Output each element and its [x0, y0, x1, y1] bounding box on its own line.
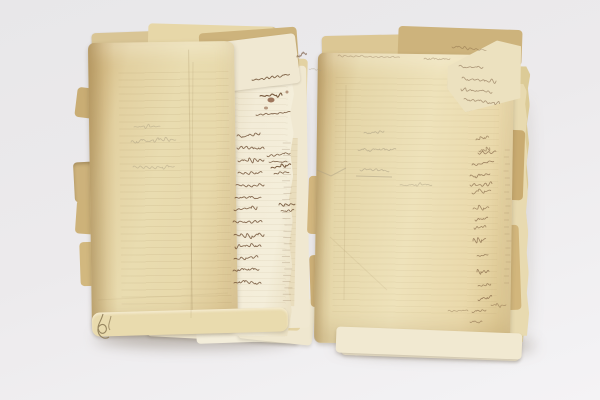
pencil-inscription-stroke [133, 165, 174, 169]
ink-handwriting-stroke [470, 182, 492, 188]
ink-handwriting-stroke [269, 160, 287, 164]
protruding-bottom-sheet [352, 320, 473, 355]
crumpled-top-corner [211, 33, 300, 93]
stacked-sheet-edge [244, 57, 308, 330]
fold-flap [309, 255, 323, 307]
cover-sheet [88, 41, 238, 333]
ink-handwriting-stroke [478, 150, 496, 155]
ink-handwriting-stroke [271, 163, 291, 170]
pencil-underline [356, 176, 392, 177]
ink-handwriting-stroke [237, 133, 260, 138]
crumpled-top-sheet [199, 27, 300, 78]
ruled-fore-edge [279, 138, 298, 306]
cover-sheet [314, 53, 514, 346]
pencil-inscription-stroke [364, 131, 384, 134]
ink-handwriting-stroke [267, 152, 290, 157]
ink-handwriting-stroke [475, 217, 488, 221]
ink-handwriting-stroke [461, 87, 492, 94]
ink-handwriting-stroke [459, 64, 483, 70]
cover-bottom-curl [92, 307, 289, 336]
ink-handwriting-stroke [296, 51, 307, 57]
torn-edge-fragment [503, 130, 525, 201]
protruding-bottom-sheet [341, 311, 520, 361]
fold-flap [73, 162, 95, 203]
left-bundle-shadow [95, 328, 295, 348]
ink-handwriting-stroke [338, 55, 400, 58]
ink-handwriting-stroke [234, 255, 258, 260]
crumpled-top-sheet [322, 32, 519, 70]
pencil-inscription-stroke [309, 68, 321, 70]
paper-crease [344, 85, 346, 300]
ink-handwriting-stroke [281, 209, 294, 213]
fold-flap [74, 87, 99, 119]
ink-handwriting-stroke [474, 225, 486, 229]
ink-handwriting-stroke [464, 97, 500, 105]
ink-handwriting-stroke [472, 310, 486, 313]
protruding-corner-sheet [238, 292, 316, 345]
ink-handwriting-stroke [279, 201, 295, 208]
ink-handwriting-stroke [235, 243, 261, 249]
ink-handwriting-stroke [260, 93, 282, 98]
cover-fold-band [314, 53, 334, 343]
ink-blot [264, 107, 268, 110]
ink-handwriting-stroke [235, 196, 261, 200]
pencil-inscription-stroke [358, 148, 396, 151]
crumpled-top-sheet [148, 23, 275, 59]
ink-handwriting-stroke [234, 233, 264, 240]
ink-handwriting-stroke [424, 58, 450, 60]
ink-handwriting-stroke [491, 303, 506, 307]
ink-blot [268, 98, 275, 103]
pencil-inscription-stroke [360, 169, 389, 172]
stacked-sheet-edge [266, 66, 310, 329]
ink-handwriting-stroke [478, 283, 491, 286]
ink-blot [286, 91, 289, 94]
ink-handwriting-stroke [479, 146, 491, 153]
cover-ruling [118, 71, 231, 305]
crumpled-top-sheet [397, 26, 522, 66]
ink-handwriting-stroke [233, 268, 259, 272]
pencil-chevron-mark [317, 168, 346, 176]
manuscript-strip [229, 54, 295, 337]
crumpled-top-sheet [91, 27, 277, 69]
ink-handwriting-stroke [452, 46, 486, 51]
ink-handwriting-stroke [470, 321, 482, 324]
ink-handwriting-stroke [238, 157, 264, 163]
protruding-bottom-sheet [195, 298, 308, 344]
left-bundle-side-shadow [292, 90, 302, 320]
pencil-inscription-stroke [134, 124, 160, 128]
ink-handwriting-stroke [274, 171, 289, 174]
paper-crease [98, 293, 228, 300]
cover-bottom-sheet [336, 326, 523, 359]
ink-handwriting-stroke [237, 145, 264, 150]
ragged-page-stack [484, 66, 531, 343]
right-manuscript-bundle [0, 0, 600, 400]
binding-thread [98, 314, 109, 338]
ink-handwriting-stroke [472, 188, 491, 195]
ink-handwriting-stroke [478, 295, 492, 300]
right-bundle-side-shadow [518, 100, 528, 340]
ink-handwriting-stroke [238, 171, 262, 175]
cover-ruling [332, 77, 499, 319]
pencil-inscription-stroke [400, 183, 432, 187]
fold-flap [75, 199, 99, 234]
paper-crease [330, 237, 387, 290]
fold-flap [79, 242, 97, 287]
ragged-page-stack [493, 84, 530, 336]
paper-crease [191, 62, 193, 318]
ink-handwriting-stroke [234, 206, 257, 211]
ink-handwriting-stroke [477, 254, 488, 257]
ink-handwriting-stroke [256, 111, 290, 115]
torn-edge-fragment [501, 225, 522, 311]
ink-handwriting-stroke [470, 173, 490, 179]
binding-thread [109, 316, 111, 330]
fold-flap [307, 176, 323, 234]
cover-fold-band [88, 43, 118, 333]
ink-handwriting-stroke [236, 183, 264, 188]
ink-handwriting-stroke [473, 204, 489, 211]
ink-handwriting-stroke [473, 237, 486, 243]
strip-ruling [233, 68, 289, 323]
pencil-inscription-stroke [131, 137, 176, 143]
left-manuscript-bundle [0, 0, 600, 400]
cover-margin-line [188, 50, 193, 320]
ink-handwriting-stroke [475, 134, 488, 142]
ink-handwriting-stroke [477, 268, 489, 274]
ink-handwriting-stroke [234, 280, 261, 286]
ink-handwriting-stroke [472, 160, 494, 166]
ink-handwriting-stroke [462, 75, 496, 83]
ink-handwriting-stroke [252, 74, 290, 81]
right-bundle-shadow [335, 336, 535, 356]
photo-of-manuscript-bundles [0, 0, 600, 400]
protruding-bottom-sheet [147, 292, 301, 344]
folded-corner-flap [443, 38, 528, 114]
ink-handwriting-stroke [448, 310, 468, 312]
ink-handwriting-stroke [233, 219, 262, 224]
handwriting-overlay [0, 0, 600, 400]
